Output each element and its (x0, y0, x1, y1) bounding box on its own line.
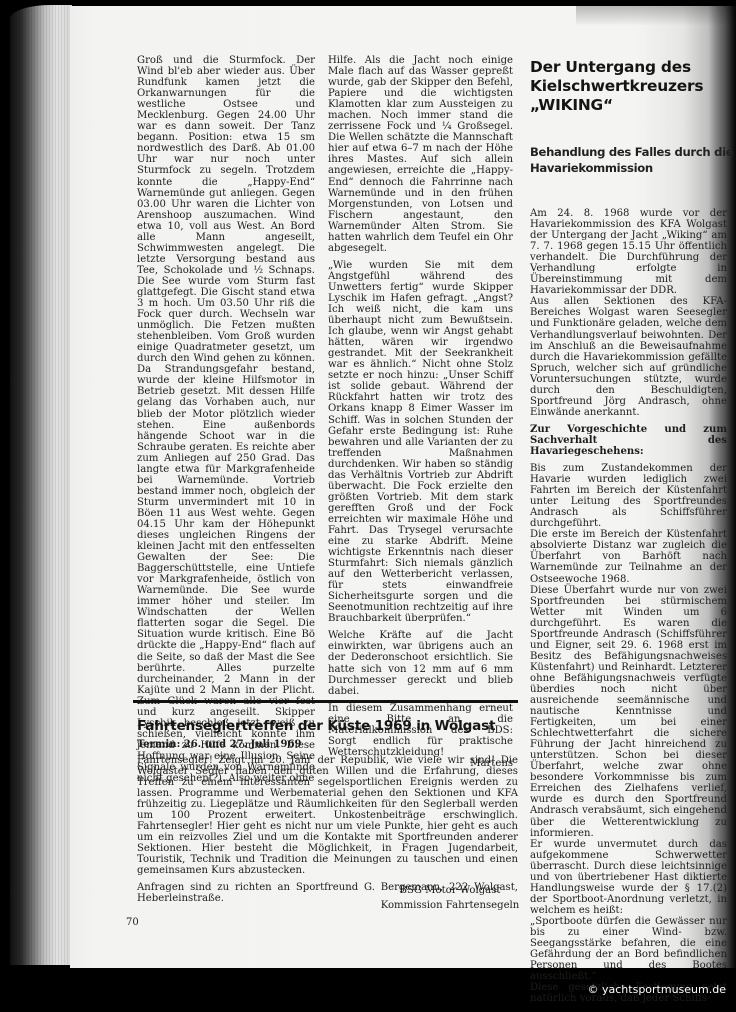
section-heading: Zur Vorgeschichte und zum Sachverhalt de… (530, 424, 727, 457)
section-divider (133, 700, 518, 703)
story-paragraph: Welche Kräfte auf die Jacht einwirkten, … (328, 630, 513, 696)
announcement-title: Fahrtenseglertreffen der Küste 1969 in W… (137, 718, 522, 734)
story-paragraph: Hilfe. Als die Jacht noch einige Male fl… (328, 55, 513, 254)
report-paragraph: Am 24. 8. 1968 wurde vor der Havariekomm… (530, 208, 727, 296)
legal-quote: „Sportboote dürfen die Gewässer nur bis … (530, 916, 727, 982)
copyright-watermark: © yachtsportmuseum.de (588, 983, 726, 996)
report-column: Am 24. 8. 1968 wurde vor der Havariekomm… (530, 208, 727, 1004)
story-column-1: Groß und die Sturmfock. Der Wind bl'eb a… (137, 55, 315, 784)
announcement-body: Fahrtensegler! Zeigt im 20. Jahr der Rep… (137, 755, 518, 904)
article-subheadline: Behandlung des Falles durch die Havariek… (530, 144, 736, 176)
report-paragraph: Die erste im Bereich der Küstenfahrt abs… (530, 529, 727, 584)
signature-organization: BSG Motor Wolgast (375, 883, 525, 898)
story-column-2: Hilfe. Als die Jacht noch einige Male fl… (328, 55, 513, 769)
report-paragraph: Er wurde unvermutet durch das aufgekomme… (530, 839, 727, 916)
page-edges (10, 5, 72, 965)
report-paragraph: Diese Überfahrt wurde nur von zwei Sport… (530, 585, 727, 839)
book-scan: Groß und die Sturmfock. Der Wind bl'eb a… (0, 0, 736, 972)
page-number: 70 (126, 917, 139, 928)
announcement-date: Termin: 26. und 27. Juli 1969 (137, 739, 522, 750)
announcement-signature: BSG Motor Wolgast Kommission Fahrtensege… (375, 883, 525, 913)
signature-commission: Kommission Fahrtensegeln (375, 898, 525, 913)
story-paragraph: Groß und die Sturmfock. Der Wind bl'eb a… (137, 55, 315, 784)
article-headline: Der Untergang des Kielschwertkreuzers „W… (530, 58, 736, 115)
report-paragraph: Aus allen Sektionen des KFA-Bereiches Wo… (530, 296, 727, 418)
interview-paragraph: „Wie wurden Sie mit dem Angstgefühl währ… (328, 260, 513, 625)
announcement-paragraph: Fahrtensegler! Zeigt im 20. Jahr der Rep… (137, 755, 518, 877)
report-paragraph: Bis zum Zustandekommen der Havarie wurde… (530, 463, 727, 529)
